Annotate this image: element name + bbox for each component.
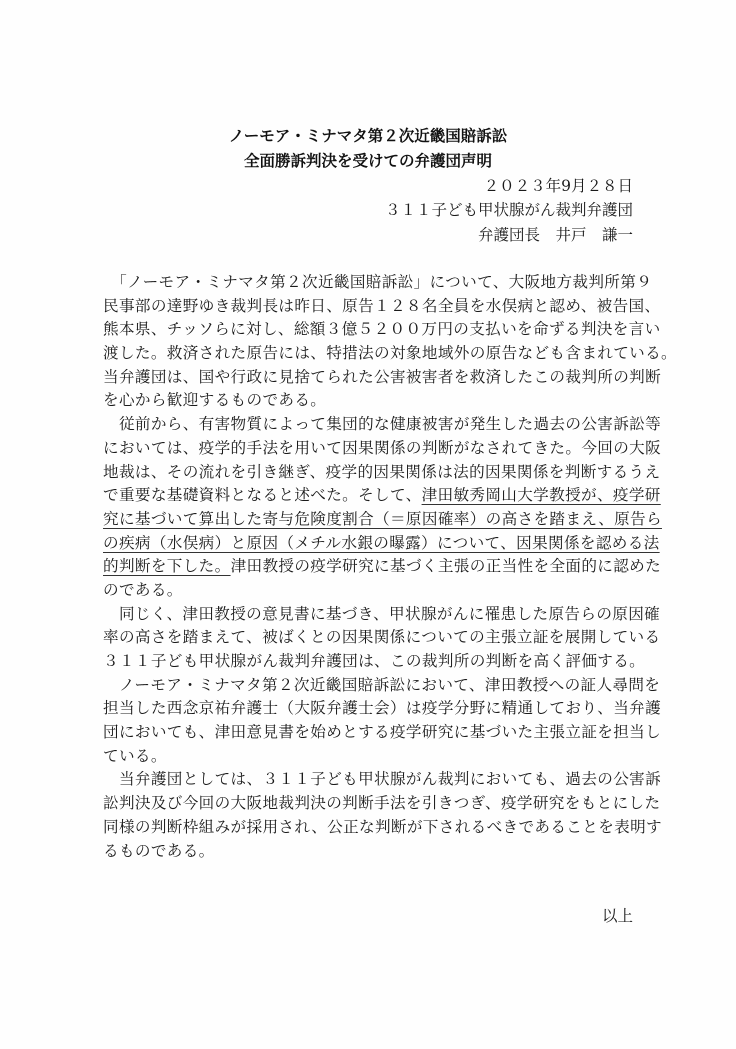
body-line: るものである。 — [103, 840, 634, 864]
body-line: 渡した。救済された原告には、特措法の対象地域外の原告なども含まれている。 — [103, 342, 634, 366]
body-line: 当弁護団としては、３１１子ども甲状腺がん裁判においても、過去の公害訴 — [103, 768, 634, 792]
body-line: 担当した西念京祐弁護士（大阪弁護士会）は疫学分野に精通しており、当弁護 — [103, 697, 634, 721]
body-line: ３１１子ども甲状腺がん裁判弁護団は、この裁判所の判断を高く評価する。 — [103, 650, 634, 674]
body-line: 当弁護団は、国や行政に見捨てられた公害被害者を救済したこの裁判所の判断 — [103, 366, 634, 390]
body-line: ている。 — [103, 745, 634, 769]
document-subtitle: 全面勝訴判決を受けての弁護団声明 — [0, 151, 736, 171]
body-line: のである。 — [103, 579, 634, 603]
organization-name: ３１１子ども甲状腺がん裁判弁護団 — [385, 200, 633, 220]
document-date: ２０２３年9月２８日 — [484, 176, 633, 196]
body-line: ノーモア・ミナマタ第２次近畿国賠訴訟において、津田教授への証人尋問を — [103, 674, 634, 698]
body-line: においては、疫学的手法を用いて因果関係の判断がなされてきた。今回の大阪 — [103, 437, 634, 461]
body-line: の疾病（水俣病）と原因（メチル水銀の曝露）について、因果関係を認める法 — [103, 532, 634, 556]
body-line: 同じく、津田教授の意見書に基づき、甲状腺がんに罹患した原告らの原因確 — [103, 603, 634, 627]
author-signature: 弁護団長 井戸 謙一 — [478, 225, 633, 245]
underlined-text: 的判断を下した。 — [103, 557, 231, 575]
body-line: を心から歓迎するものである。 — [103, 389, 634, 413]
underlined-text: の疾病（水俣病）と原因（メチル水銀の曝露）について、因果関係を認める法 — [103, 534, 660, 552]
body-line: 従前から、有害物質によって集団的な健康被害が発生した過去の公害訴訟等 — [103, 413, 634, 437]
closing-mark: 以上 — [602, 906, 633, 926]
body-line: 率の高さを踏まえて、被ばくとの因果関係についての主張立証を展開している — [103, 626, 634, 650]
body-line: 民事部の達野ゆき裁判長は昨日、原告１２８名全員を水俣病と認め、被告国、 — [103, 295, 634, 319]
document-body: 「ノーモア・ミナマタ第２次近畿国賠訴訟」について、大阪地方裁判所第９民事部の達野… — [103, 271, 634, 863]
body-text: 津田教授の疫学研究に基づく主張の正当性を全面的に認めた — [231, 557, 661, 575]
underlined-text: 究に基づいて算出した寄与危険度割合（＝原因確率）の高さを踏まえ、原告ら — [103, 510, 662, 528]
body-line: 訟判決及び今回の大阪地裁判決の判断手法を引きつぎ、疫学研究をもとにした — [103, 792, 634, 816]
document-page: ノーモア・ミナマタ第２次近畿国賠訴訟 全面勝訴判決を受けての弁護団声明 ２０２３… — [0, 0, 736, 1049]
body-line: 「ノーモア・ミナマタ第２次近畿国賠訴訟」について、大阪地方裁判所第９ — [103, 271, 634, 295]
document-title: ノーモア・ミナマタ第２次近畿国賠訴訟 — [0, 126, 736, 146]
body-line: 地裁は、その流れを引き継ぎ、疫学的因果関係は法的因果関係を判断するうえ — [103, 461, 634, 485]
body-line: 究に基づいて算出した寄与危険度割合（＝原因確率）の高さを踏まえ、原告ら — [103, 508, 634, 532]
underlined-text: 津田敏秀岡山大学教授が、疫学研 — [422, 486, 661, 504]
body-text: で重要な基礎資料となると述べた。そして、 — [103, 486, 422, 504]
body-line: で重要な基礎資料となると述べた。そして、津田敏秀岡山大学教授が、疫学研 — [103, 484, 634, 508]
body-line: 団においても、津田意見書を始めとする疫学研究に基づいた主張立証を担当し — [103, 721, 634, 745]
body-line: 的判断を下した。津田教授の疫学研究に基づく主張の正当性を全面的に認めた — [103, 555, 634, 579]
body-line: 同様の判断枠組みが採用され、公正な判断が下されるべきであることを表明す — [103, 816, 634, 840]
body-line: 熊本県、チッソらに対し、総額３億５２００万円の支払いを命ずる判決を言い — [103, 318, 634, 342]
